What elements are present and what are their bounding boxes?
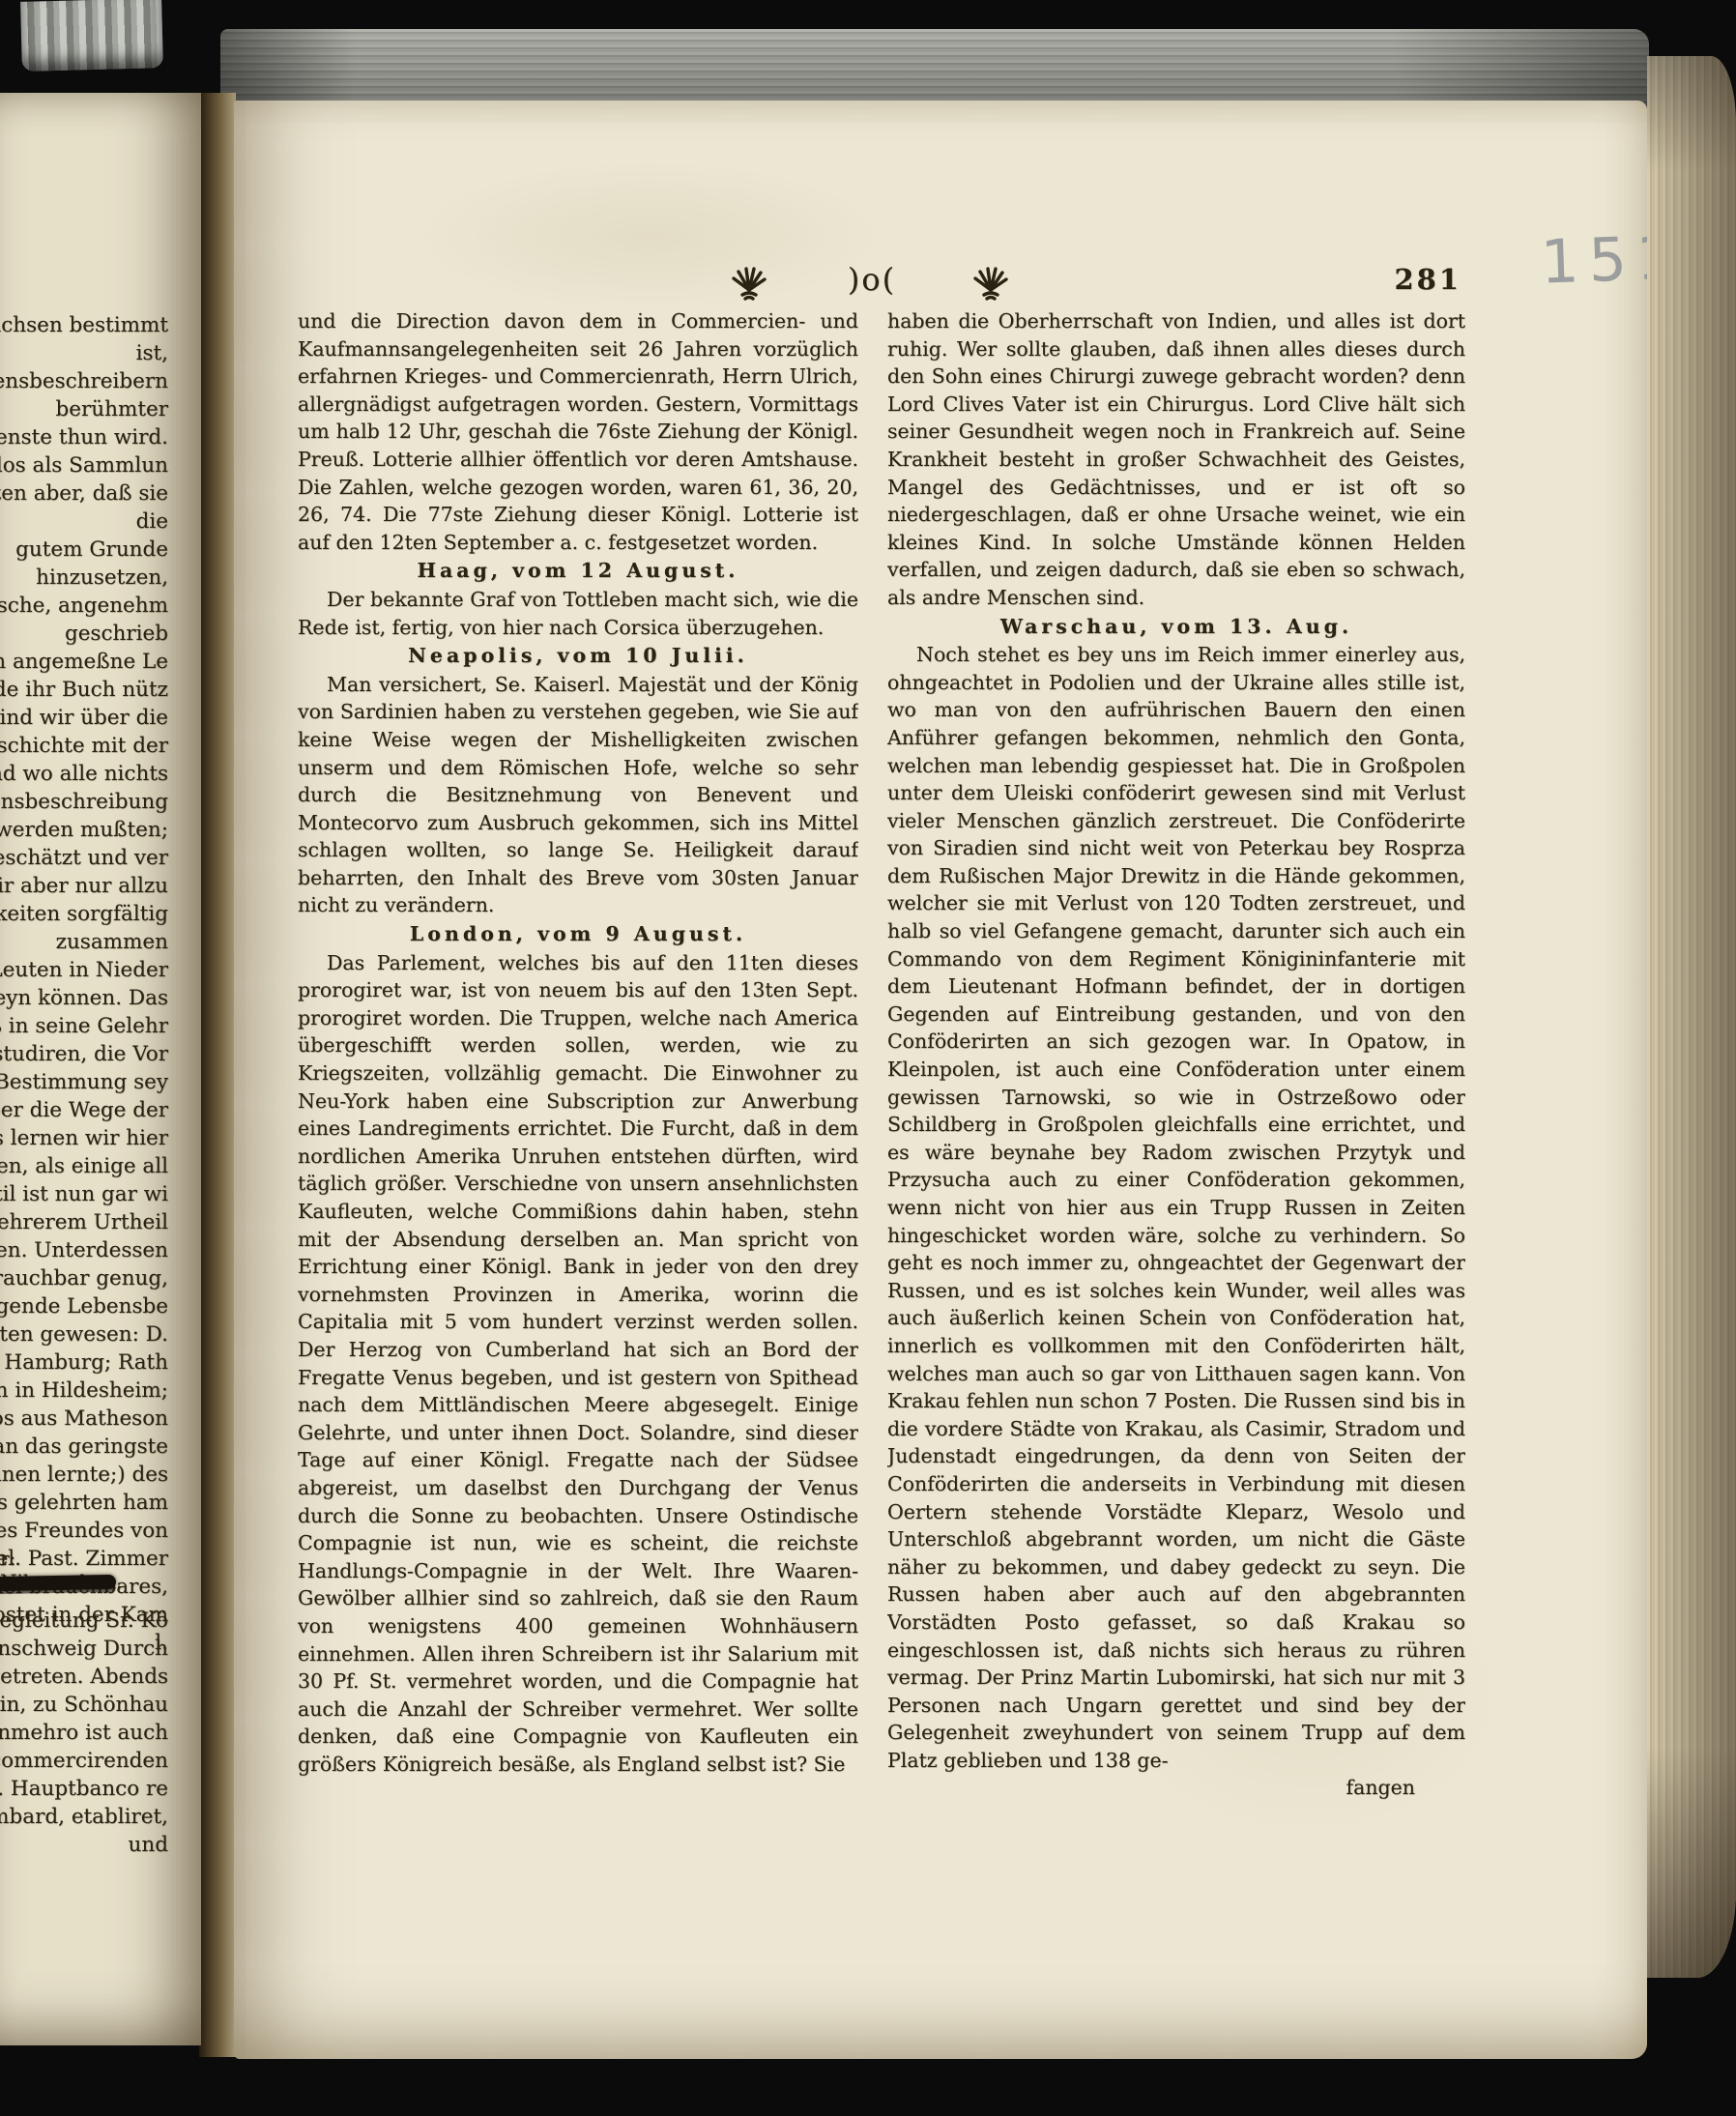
page-edges-fore-edge <box>1647 56 1736 1978</box>
ink-smudge-bar <box>0 1575 116 1591</box>
left-page: Niedersachsen bestimmt ist, bensbeschrei… <box>0 93 201 2045</box>
book-scan-scene: Niedersachsen bestimmt ist, bensbeschrei… <box>0 0 1736 2116</box>
column-right: haben die Oberherrschaft von Indien, und… <box>887 307 1465 1873</box>
column-left: und die Direction davon dem in Commercie… <box>298 307 858 1873</box>
page-number: 281 <box>1365 263 1461 296</box>
dateline-haag: Haag, vom 12 August. <box>298 557 858 585</box>
dateline-london: London, vom 9 August. <box>298 920 858 948</box>
dateline-warschau: Warschau, vom 13. Aug. <box>887 613 1465 641</box>
text-columns: und die Direction davon dem in Commercie… <box>298 307 1465 1873</box>
left-page-lower-fragment: s in Begleitung Sr. Kö von Braunschweig … <box>0 1607 168 1859</box>
paper-stain <box>408 159 891 313</box>
right-page: )o( 281 151 und die Direction davon dem … <box>234 101 1647 2059</box>
shell-ornament-icon <box>970 265 1011 301</box>
shell-ornament-icon <box>729 265 769 301</box>
paragraph-london: Das Parlement, welches bis auf den 11ten… <box>298 949 858 1779</box>
left-page-text-fragment: Niedersachsen bestimmt ist, bensbeschrei… <box>0 311 168 1657</box>
paragraph-continuation: haben die Oberherrschaft von Indien, und… <box>887 307 1465 612</box>
dateline-neapolis: Neapolis, vom 10 Julii. <box>298 642 858 670</box>
paragraph-continuation: und die Direction davon dem in Commercie… <box>298 307 858 556</box>
signature-mark: )o( <box>833 261 911 298</box>
catchword: fangen <box>887 1774 1465 1802</box>
book-headband <box>20 0 163 72</box>
paragraph-warschau: Noch stehet es bey uns im Reich immer ei… <box>887 641 1465 1774</box>
paragraph-haag: Der bekannte Graf von Tottleben macht si… <box>298 586 858 641</box>
paragraph-neapolis: Man versichert, Se. Kaiserl. Majestät un… <box>298 671 858 919</box>
book-gutter <box>199 93 236 2057</box>
